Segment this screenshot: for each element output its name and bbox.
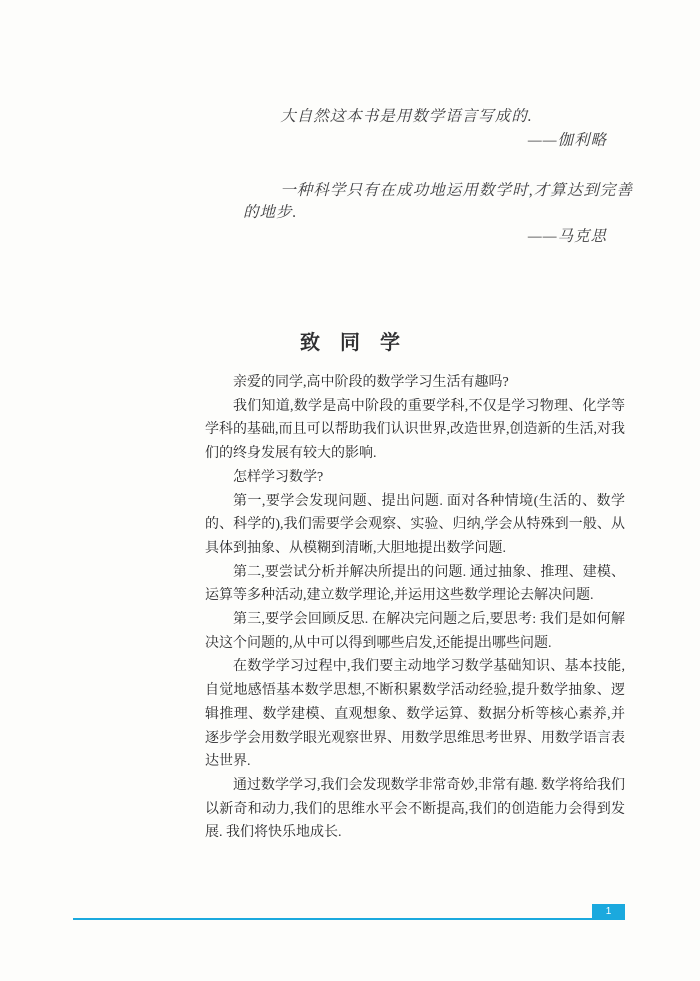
footer-rule — [73, 918, 625, 920]
quote-attribution: ——马克思 — [243, 225, 633, 249]
paragraph: 亲爱的同学,高中阶段的数学学习生活有趣吗? — [205, 371, 625, 395]
paragraph: 在数学学习过程中,我们要主动地学习数学基础知识、基本技能,自觉地感悟基本数学思想… — [205, 655, 625, 774]
page-number: 1 — [606, 907, 612, 917]
body-text: 亲爱的同学,高中阶段的数学学习生活有趣吗?我们知道,数学是高中阶段的重要学科,不… — [205, 371, 625, 845]
paragraph: 我们知道,数学是高中阶段的重要学科,不仅是学习物理、化学等学科的基础,而且可以帮… — [205, 395, 625, 466]
quote: 一种科学只有在成功地运用数学时,才算达到完善的地步.——马克思 — [243, 180, 633, 249]
quote: 大自然这本书是用数学语言写成的.——伽利略 — [243, 106, 633, 153]
quote-text: 一种科学只有在成功地运用数学时,才算达到完善的地步. — [243, 180, 633, 224]
paragraph: 第二,要尝试分析并解决所提出的问题. 通过抽象、推理、建模、运算等多种活动,建立… — [205, 561, 625, 608]
page-title: 致 同 学 — [0, 326, 700, 355]
quote-text: 大自然这本书是用数学语言写成的. — [243, 106, 633, 128]
quote-block: 大自然这本书是用数学语言写成的.——伽利略一种科学只有在成功地运用数学时,才算达… — [243, 106, 633, 276]
paragraph: 第三,要学会回顾反思. 在解决完问题之后,要思考: 我们是如何解决这个问题的,从… — [205, 608, 625, 655]
quote-attribution: ——伽利略 — [243, 129, 633, 153]
page-number-badge: 1 — [592, 904, 625, 919]
paragraph: 通过数学学习,我们会发现数学非常奇妙,非常有趣. 数学将给我们以新奇和动力,我们… — [205, 774, 625, 845]
textbook-page: 大自然这本书是用数学语言写成的.——伽利略一种科学只有在成功地运用数学时,才算达… — [0, 0, 700, 981]
paragraph: 第一,要学会发现问题、提出问题. 面对各种情境(生活的、数学的、科学的),我们需… — [205, 490, 625, 561]
paragraph: 怎样学习数学? — [205, 466, 625, 490]
